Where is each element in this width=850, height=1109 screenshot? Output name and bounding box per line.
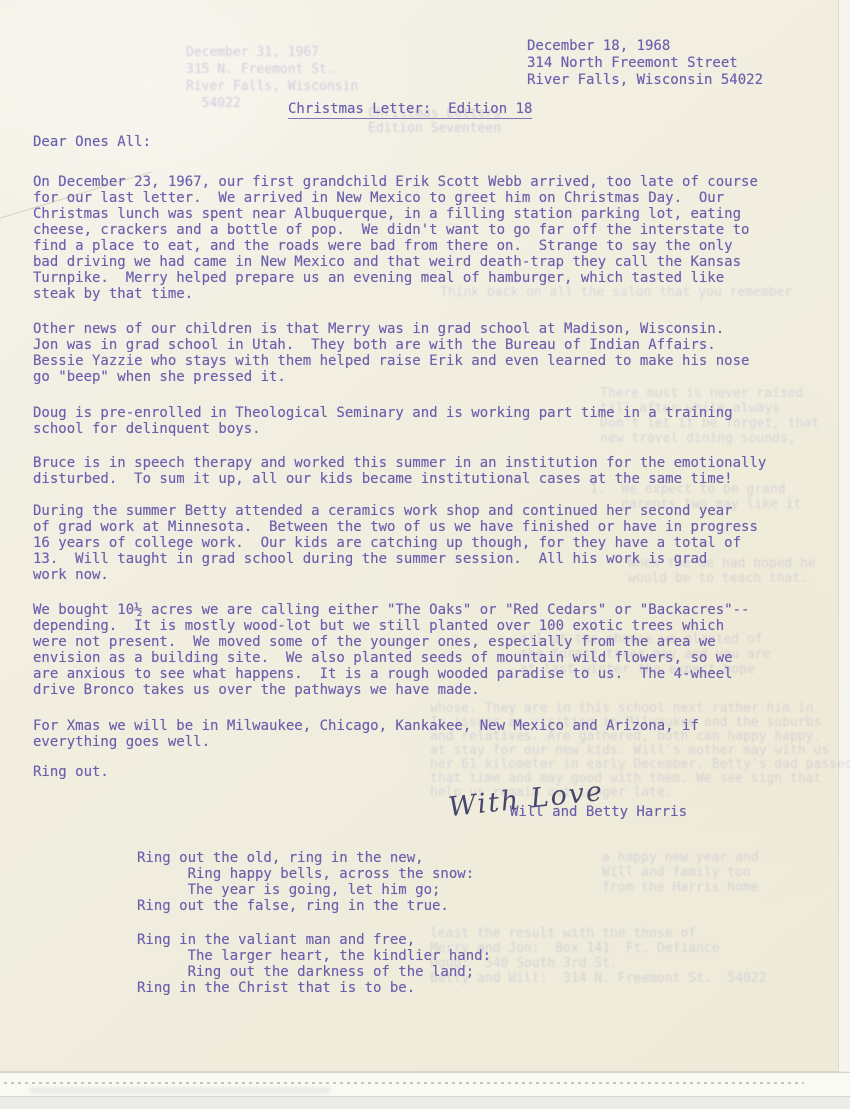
paragraph-doug: Doug is pre-enrolled in Theological Semi… — [33, 405, 733, 437]
letter-title: Christmas Letter: Edition 18 — [288, 101, 532, 117]
bleedthrough-block: a happy new year and Will and family too… — [602, 850, 759, 895]
edge-smudge — [30, 1088, 330, 1093]
typed-signature: Will and Betty Harris — [510, 804, 687, 820]
paper-right-margin — [839, 0, 850, 1071]
paragraph-betty-school: During the summer Betty attended a ceram… — [33, 503, 758, 583]
scanner-background — [0, 1096, 850, 1109]
paragraph-children-news: Other news of our children is that Merry… — [33, 321, 749, 385]
salutation: Dear Ones All: — [33, 134, 151, 150]
return-address-and-date: December 18, 1968 314 North Freemont Str… — [527, 38, 763, 89]
paragraph-xmas-travel: For Xmas we will be in Milwaukee, Chicag… — [33, 718, 699, 750]
poem-stanza-1: Ring out the old, ring in the new, Ring … — [137, 850, 474, 914]
bleedthrough-block: whose. They are in this school next rath… — [430, 702, 850, 800]
perforation-dots — [4, 1082, 804, 1084]
paragraph-bruce: Bruce is in speech therapy and worked th… — [33, 455, 766, 487]
letter-title-text: Christmas Letter: Edition 18 — [288, 101, 532, 119]
paragraph-acres: We bought 10½ acres we are calling eithe… — [33, 602, 749, 698]
poem-stanza-2: Ring in the valiant man and free, The la… — [137, 932, 491, 996]
closing-line: Ring out. — [33, 764, 109, 780]
scanned-letter-page: December 31, 1967 315 N. Freemont St. Ri… — [0, 0, 850, 1109]
scan-bottom-edge — [0, 1072, 850, 1097]
paragraph-grandchild-trip: On December 23, 1967, our first grandchi… — [33, 174, 758, 302]
